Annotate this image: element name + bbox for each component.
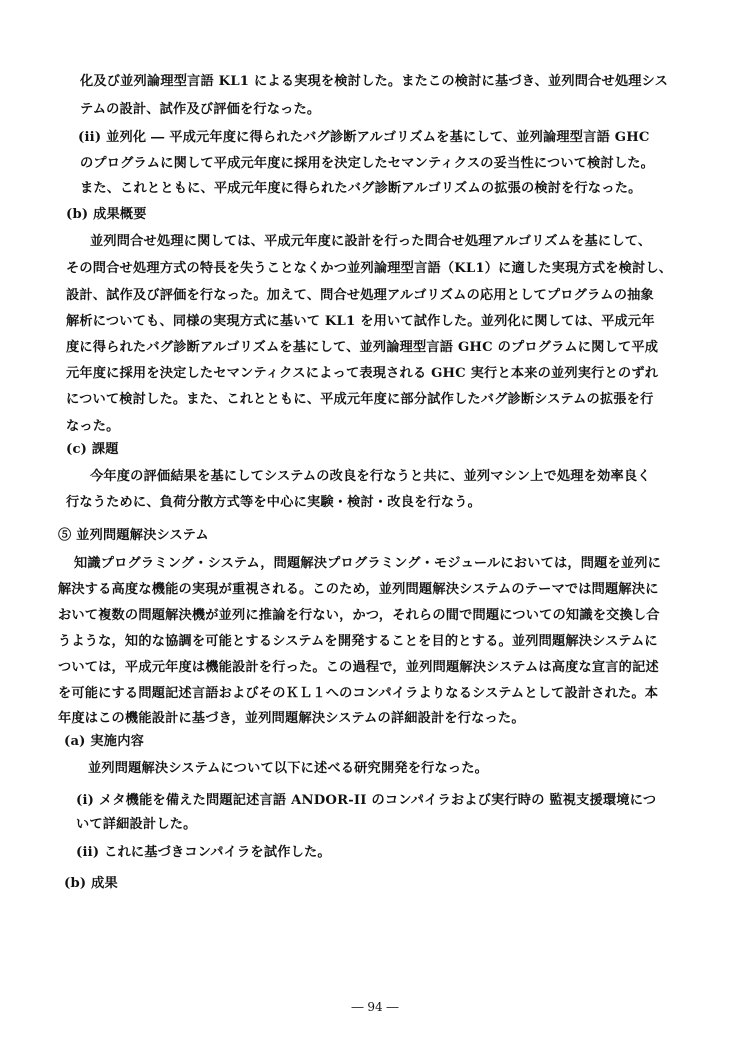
page-number: ― 94 ― (0, 1000, 750, 1014)
section-heading-b-results: (b) 成果 (64, 875, 118, 893)
text-line: なった。 (66, 418, 120, 436)
text-line: 今年度の評価結果を基にしてシステムの改良を行なうと共に、並列マシン上で処理を効率… (90, 468, 651, 486)
text-line: 並列問合せ処理に関しては、平成元年度に設計を行った問合せ処理アルゴリズムを基にし… (90, 233, 651, 251)
text-line: 年度はこの機能設計に基づき，並列問題解決システムの詳細設計を行なった。 (58, 710, 525, 728)
text-line: 化及び並列論理型言語 KL1 による実現を検討した。またこの検討に基づき、並列問… (80, 73, 668, 91)
text-line: ついては，平成元年度は機能設計を行った。この過程で，並列問題解決システムは高度な… (58, 659, 659, 677)
list-item-i-andor-ii: (i) メタ機能を備えた問題記述言語 ANDOR-II のコンパイラおよび実行時… (76, 792, 656, 810)
text-line: テムの設計、試作及び評価を行なった。 (80, 101, 320, 119)
text-line: 知識プログラミング・システム，問題解決プログラミング・モジュールにおいては，問題… (74, 555, 661, 573)
section-heading-a-implementation: (a) 実施内容 (64, 733, 144, 751)
text-line: 元年度に採用を決定したセマンティクスによって表現される GHC 実行と本来の並列… (66, 365, 658, 383)
text-line: 並列問題解決システムについて以下に述べる研究開発を行なった。 (88, 760, 488, 778)
section-heading-5-parallel-problem-solving: ⑤ 並列問題解決システム (58, 527, 209, 545)
text-line: について検討した。また、これとともに、平成元年度に部分試作したバグ診断システムの… (66, 391, 653, 409)
text-line: 解決する高度な機能の実現が重視される。このため，並列問題解決システムのテーマでは… (58, 581, 659, 599)
section-heading-b-results-summary: (b) 成果概要 (66, 206, 147, 224)
section-heading-c-issues: (c) 課題 (66, 441, 119, 459)
text-line: 解析についても、同様の実現方式に基いて KL1 を用いて試作した。並列化に関して… (66, 313, 655, 331)
text-line: 行なうために、負荷分散方式等を中心に実験・検討・改良を行なう。 (66, 494, 481, 512)
text-line: いて詳細設計した。 (76, 816, 197, 834)
text-line: その問合せ処理方式の特長を失うことなくかつ並列論理型言語（KL1）に適した実現方… (66, 260, 672, 278)
text-line: また、これとともに、平成元年度に得られたバグ診断アルゴリズムの拡張の検討を行なっ… (80, 180, 641, 198)
list-item-ii-compiler-prototype: (ii) これに基づきコンパイラを試作した。 (76, 844, 331, 862)
text-line: 度に得られたバグ診断アルゴリズムを基にして、並列論理型言語 GHC のプログラム… (66, 339, 658, 357)
text-line: のプログラムに関して平成元年度に採用を決定したセマンティクスの妥当性について検討… (80, 155, 654, 173)
text-line: うような，知的な協調を可能とするシステムを開発することを目的とする。並列問題解決… (58, 633, 658, 651)
text-line: 設計、試作及び評価を行なった。加えて、問合せ処理アルゴリズムの応用としてプログラ… (66, 287, 654, 305)
list-item-ii-parallelization: (ii) 並列化 ― 平成元年度に得られたバグ診断アルゴリズムを基にして、並列論… (78, 129, 650, 147)
text-line: を可能にする問題記述言語およびそのＫＬ１へのコンパイラよりなるシステムとして設計… (58, 685, 658, 703)
text-line: おいて複数の問題解決機が並列に推論を行ない，かつ，それらの間で問題についての知識… (58, 607, 660, 625)
